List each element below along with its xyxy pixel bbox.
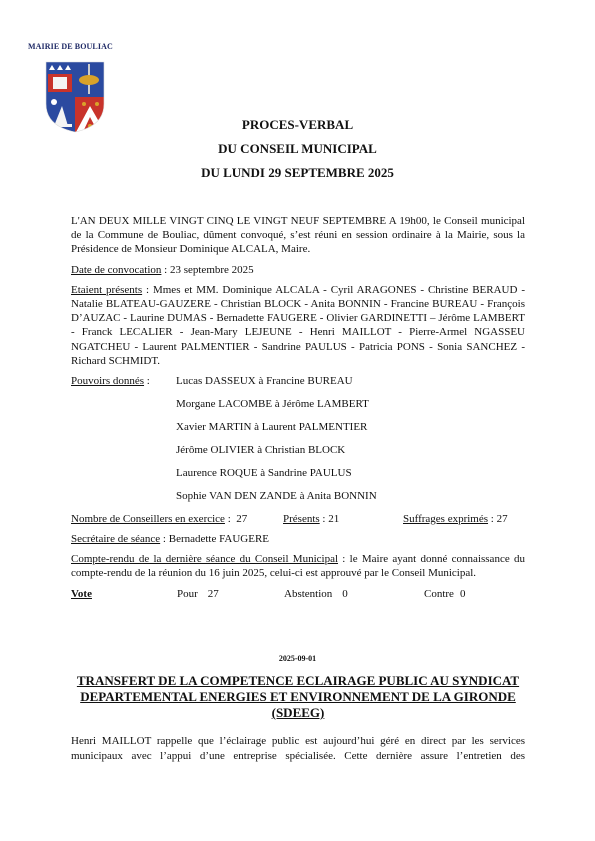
pouvoirs-separator: : [144, 375, 150, 387]
exercice-value: : 27 [225, 513, 247, 525]
document-title: PROCES-VERBAL DU CONSEIL MUNICIPAL DU LU… [0, 117, 595, 189]
vote-abstention-label: Abstention [284, 588, 332, 600]
pouvoir-item: Lucas DASSEUX à Francine BUREAU [176, 374, 353, 397]
presents-count-label: Présents [283, 513, 320, 525]
exercice-label: Nombre de Conseillers en exercice [71, 513, 225, 525]
suffrages-label: Suffrages exprimés [403, 513, 488, 525]
pouvoir-item: Sophie VAN DEN ZANDE à Anita BONNIN [176, 489, 377, 512]
pouvoir-item: Xavier MARTIN à Laurent PALMENTIER [176, 420, 367, 443]
intro-paragraph: L'AN DEUX MILLE VINGT CINQ LE VINGT NEUF… [71, 214, 525, 257]
compte-rendu: Compte-rendu de la dernière séance du Co… [71, 552, 525, 580]
title-line-1: PROCES-VERBAL [0, 117, 595, 141]
convocation-value: : 23 septembre 2025 [161, 264, 253, 276]
vote-results: Vote Pour27 Abstention0 Contre0 [71, 587, 525, 601]
suffrages-value: : 27 [488, 513, 508, 525]
presents-label: Etaient présents [71, 284, 142, 296]
vote-contre-label: Contre [424, 588, 454, 600]
presents-value: : Mmes et MM. Dominique ALCALA - Cyril A… [71, 284, 525, 367]
vote-pour-label: Pour [177, 588, 198, 600]
pouvoirs-label: Pouvoirs donnés [71, 375, 144, 387]
vote-pour-value: 27 [208, 588, 219, 600]
secretaire-label: Secrétaire de séance [71, 533, 160, 545]
pouvoirs-section: Pouvoirs donnés :Lucas DASSEUX à Francin… [71, 374, 525, 512]
pouvoir-item: Morgane LACOMBE à Jérôme LAMBERT [176, 397, 369, 420]
deliberation-body: Henri MAILLOT rappelle que l’éclairage p… [71, 734, 525, 764]
council-counts: Nombre de Conseillers en exercice : 27 P… [71, 512, 525, 532]
secretaire: Secrétaire de séance : Bernadette FAUGER… [71, 532, 525, 546]
pouvoir-item: Laurence ROQUE à Sandrine PAULUS [176, 466, 352, 489]
deliberation-title: TRANSFERT DE LA COMPETENCE ECLAIRAGE PUB… [66, 673, 530, 721]
pouvoir-item: Jérôme OLIVIER à Christian BLOCK [176, 443, 345, 466]
presents-paragraph: Etaient présents : Mmes et MM. Dominique… [71, 283, 525, 368]
title-line-3: DU LUNDI 29 SEPTEMBRE 2025 [0, 165, 595, 189]
organization-name: MAIRIE DE BOULIAC [28, 42, 113, 51]
presents-count-value: : 21 [320, 513, 340, 525]
vote-abstention-value: 0 [342, 588, 348, 600]
title-line-2: DU CONSEIL MUNICIPAL [0, 141, 595, 165]
compte-rendu-label: Compte-rendu de la dernière séance du Co… [71, 553, 338, 565]
deliberation-code: 2025-09-01 [0, 654, 595, 663]
vote-contre-value: 0 [460, 588, 466, 600]
minutes-body: L'AN DEUX MILLE VINGT CINQ LE VINGT NEUF… [71, 214, 525, 601]
convocation-date: Date de convocation : 23 septembre 2025 [71, 263, 525, 277]
vote-label: Vote [71, 587, 177, 601]
convocation-label: Date de convocation [71, 264, 161, 276]
secretaire-value: : Bernadette FAUGERE [160, 533, 269, 545]
